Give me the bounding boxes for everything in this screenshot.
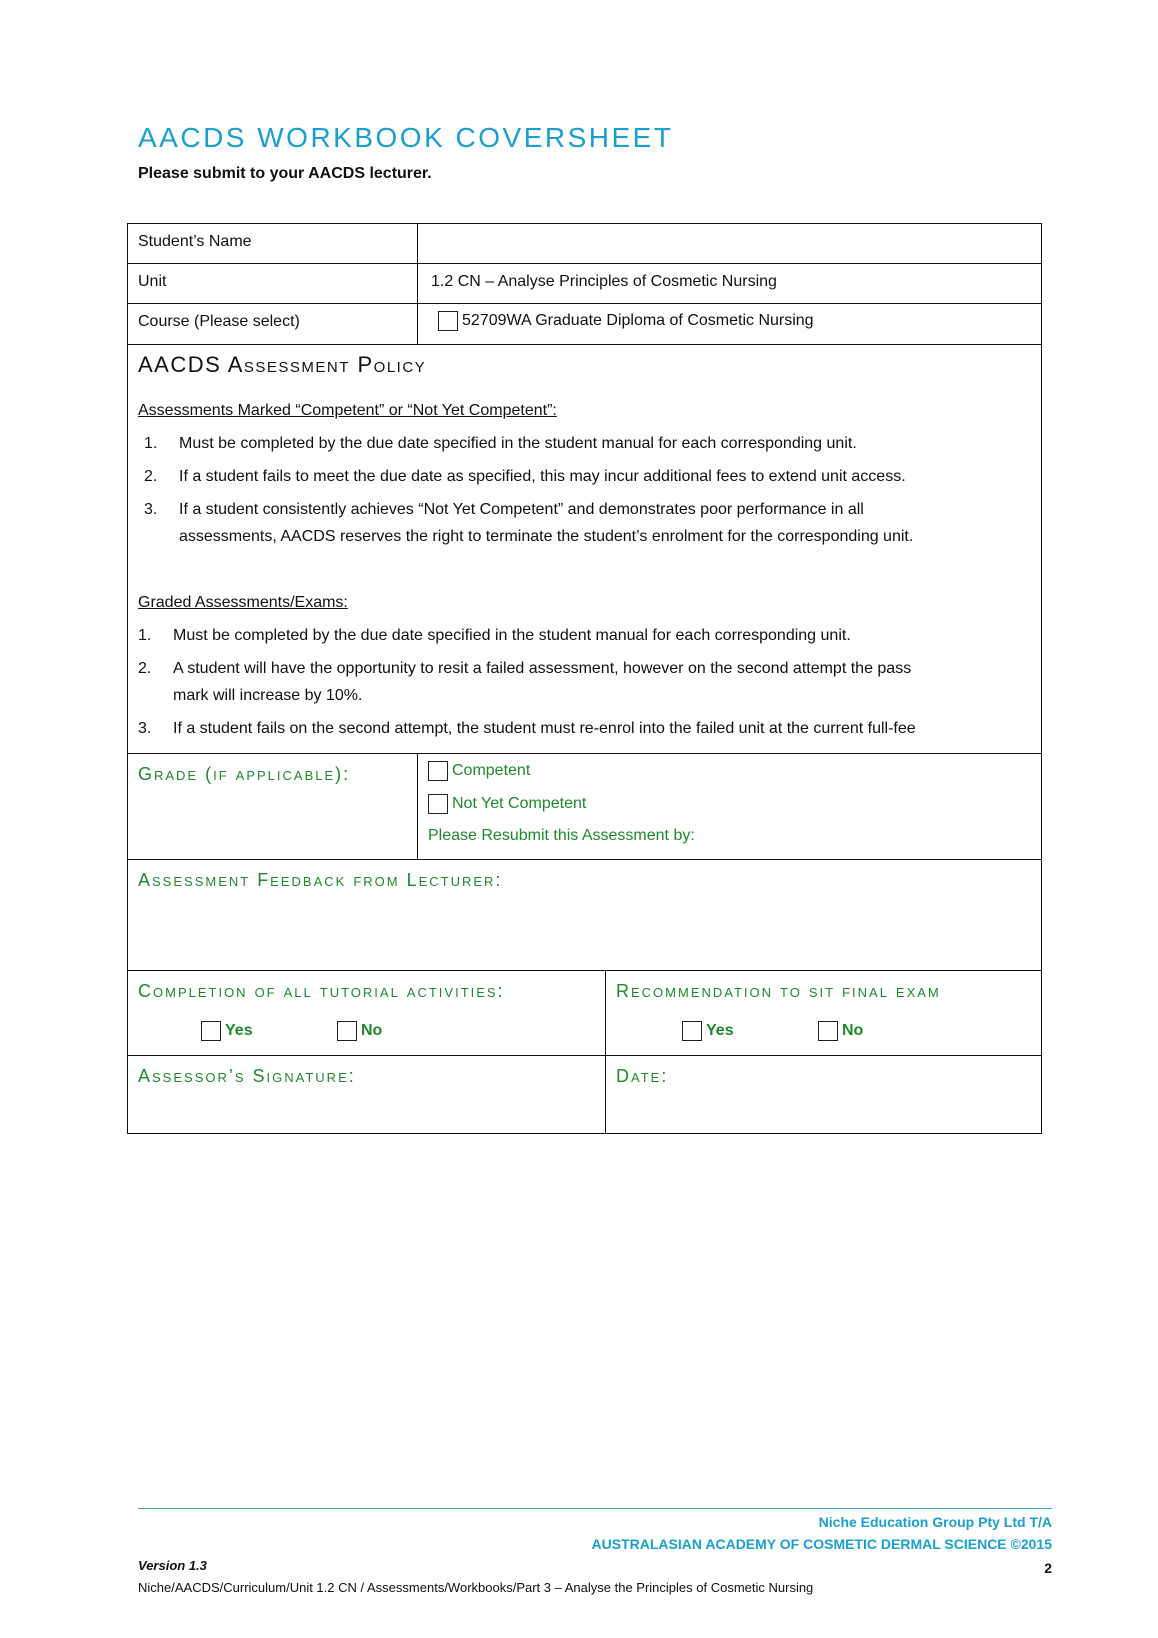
not-yet-competent-checkbox[interactable] (428, 794, 448, 814)
completion-no-option[interactable]: No (337, 1021, 382, 1041)
feedback-label: Assessment Feedback from Lecturer: (138, 870, 502, 891)
recommendation-yes-option[interactable]: Yes (682, 1021, 734, 1041)
recommendation-no-label: No (842, 1022, 863, 1039)
list-item: If a student fails on the second attempt… (173, 720, 1031, 738)
list-item-continued: assessments, AACDS reserves the right to… (179, 528, 913, 546)
list-number: 3. (144, 501, 157, 519)
footer-org-line2: AUSTRALASIAN ACADEMY OF COSMETIC DERMAL … (592, 1536, 1052, 1552)
grade-option-not-yet-competent[interactable]: Not Yet Competent (428, 794, 586, 814)
policy-section2-heading: Graded Assessments/Exams: (138, 594, 348, 612)
page-number: 2 (1044, 1560, 1052, 1576)
course-option-label: 52709WA Graduate Diploma of Cosmetic Nur… (462, 312, 814, 329)
list-number: 2. (144, 468, 157, 486)
list-number: 3. (138, 720, 151, 738)
unit-value: 1.2 CN – Analyse Principles of Cosmetic … (431, 273, 777, 291)
list-item: If a student fails to meet the due date … (179, 468, 906, 486)
list-number: 1. (144, 435, 157, 453)
not-yet-competent-label: Not Yet Competent (452, 795, 586, 812)
list-number: 2. (138, 660, 151, 678)
grade-label: Grade (if applicable): (138, 764, 350, 785)
footer-version: Version 1.3 (138, 1558, 207, 1573)
signature-label: Assessor’s Signature: (138, 1066, 356, 1087)
document-title: AACDS WORKBOOK COVERSHEET (138, 122, 673, 154)
footer-path: Niche/AACDS/Curriculum/Unit 1.2 CN / Ass… (138, 1580, 813, 1595)
completion-label: Completion of all tutorial activities: (138, 981, 505, 1002)
feedback-field[interactable] (138, 896, 1028, 956)
student-name-label: Student’s Name (138, 233, 252, 251)
date-field[interactable] (616, 1090, 1031, 1126)
date-label: Date: (616, 1066, 668, 1087)
resubmit-label: Please Resubmit this Assessment by: (428, 827, 695, 845)
signature-field[interactable] (138, 1090, 593, 1126)
competent-label: Competent (452, 762, 530, 779)
completion-yes-label: Yes (225, 1022, 253, 1039)
list-item: A student will have the opportunity to r… (173, 660, 911, 678)
recommendation-no-checkbox[interactable] (818, 1021, 838, 1041)
course-label: Course (Please select) (138, 313, 300, 331)
list-item: If a student consistently achieves “Not … (179, 501, 864, 519)
list-number: 1. (138, 627, 151, 645)
recommendation-yes-label: Yes (706, 1022, 734, 1039)
unit-label: Unit (138, 273, 166, 291)
footer-divider (138, 1508, 1052, 1509)
recommendation-label: Recommendation to sit final exam (616, 981, 941, 1002)
completion-no-label: No (361, 1022, 382, 1039)
list-item: Must be completed by the due date specif… (173, 627, 851, 645)
recommendation-yes-checkbox[interactable] (682, 1021, 702, 1041)
course-option[interactable]: 52709WA Graduate Diploma of Cosmetic Nur… (438, 311, 814, 331)
footer-org-line1: Niche Education Group Pty Ltd T/A (819, 1514, 1052, 1530)
completion-yes-checkbox[interactable] (201, 1021, 221, 1041)
list-item: Must be completed by the due date specif… (179, 435, 857, 453)
completion-no-checkbox[interactable] (337, 1021, 357, 1041)
list-item-continued: mark will increase by 10%. (173, 687, 362, 705)
coversheet-table: Student’s Name Unit 1.2 CN – Analyse Pri… (127, 223, 1042, 1134)
document-subtitle: Please submit to your AACDS lecturer. (138, 165, 432, 183)
policy-section1-heading: Assessments Marked “Competent” or “Not Y… (138, 402, 557, 420)
competent-checkbox[interactable] (428, 761, 448, 781)
course-checkbox[interactable] (438, 311, 458, 331)
grade-option-competent[interactable]: Competent (428, 761, 530, 781)
policy-heading: AACDS Assessment Policy (138, 352, 426, 378)
student-name-field[interactable] (428, 233, 1028, 255)
recommendation-no-option[interactable]: No (818, 1021, 863, 1041)
completion-yes-option[interactable]: Yes (201, 1021, 253, 1041)
